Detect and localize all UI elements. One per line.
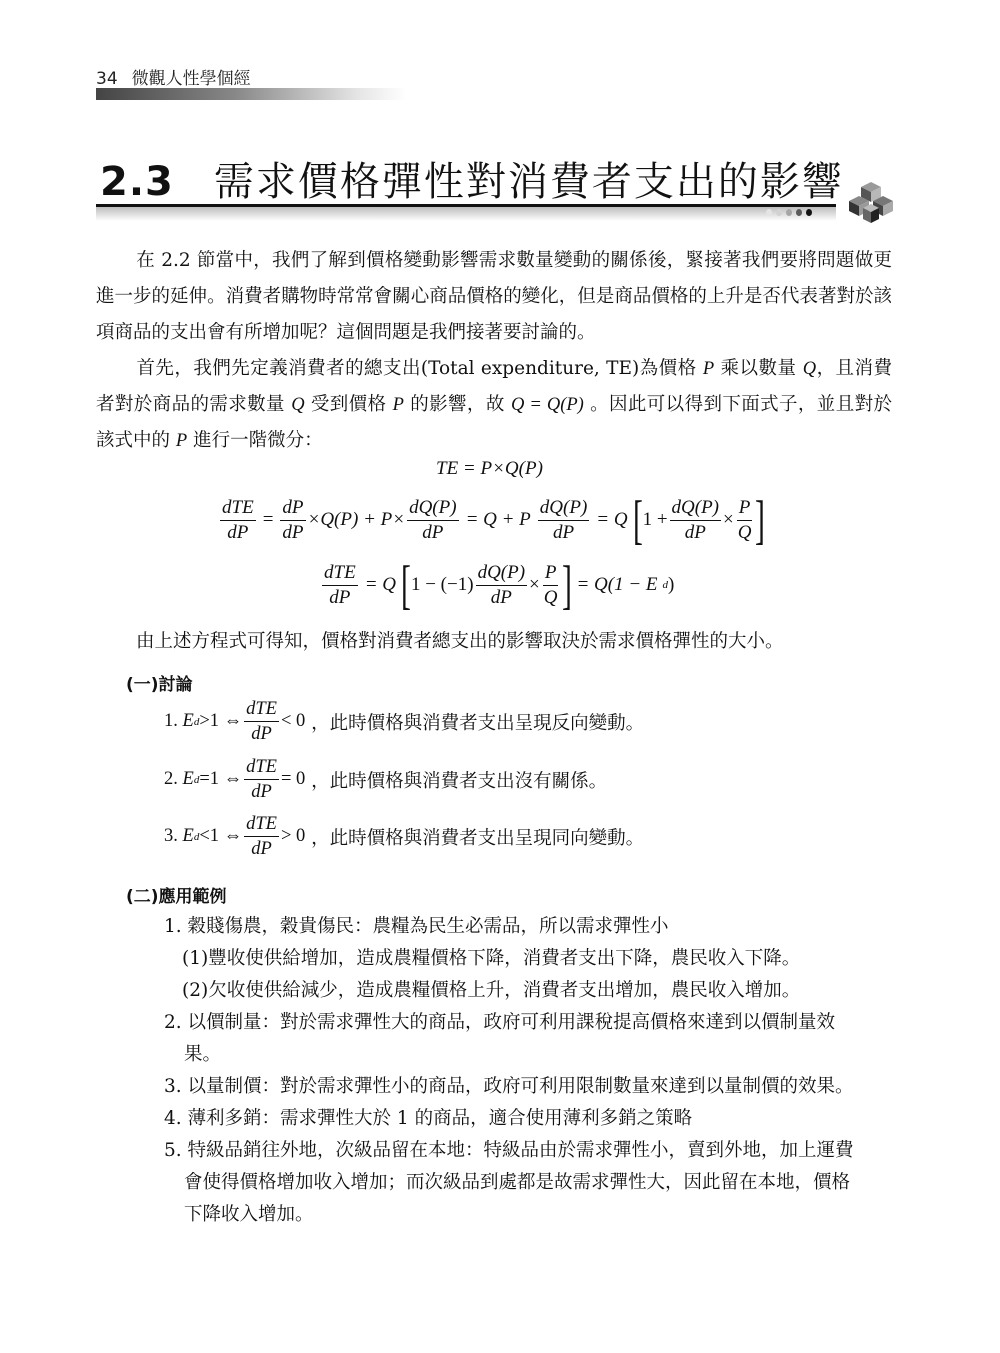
item-text: ，此時價格與消費者支出呈現反向變動。	[311, 709, 644, 735]
fraction: dQ(P)dP	[538, 497, 589, 544]
application-continuation: 果。	[184, 1037, 221, 1073]
item-number: 3.	[164, 826, 178, 847]
dot-icon	[786, 209, 792, 216]
application-subitem: (1)豐收使供給增加，造成農糧價格下降，消費者支出下降，農民收入下降。	[182, 941, 800, 977]
section-title-text: 需求價格彈性對消費者支出的影響	[214, 159, 844, 205]
section-title: 2.3需求價格彈性對消費者支出的影響	[100, 150, 844, 207]
math-inline: Q = Q(P)	[511, 395, 584, 415]
fraction: dTEdP	[244, 813, 279, 860]
term: = Q	[365, 574, 396, 596]
relation: <1 ⇔	[199, 826, 242, 847]
text-run: 乘以數量	[714, 358, 803, 379]
relation: > 0	[281, 826, 305, 847]
intro-paragraph-2: 首先，我們先定義消費者的總支出(Total expenditure, TE)為價…	[96, 351, 892, 459]
discussion-item-1: 1. Ed >1 ⇔ dTEdP < 0 ，此時價格與消費者支出呈現反向變動。	[164, 698, 644, 745]
title-shade	[96, 207, 836, 221]
application-continuation: 下降收入增加。	[184, 1197, 314, 1233]
section-number: 2.3	[100, 159, 174, 205]
page-number: 34	[96, 69, 118, 89]
equation-text: TE = P×Q(P)	[436, 458, 543, 480]
applications-heading: (二)應用範例	[126, 882, 227, 907]
denominator: dP	[327, 586, 352, 609]
header-gradient-bar	[96, 88, 406, 100]
denominator: Q	[736, 521, 754, 544]
numerator: dP	[280, 497, 305, 521]
fraction: dQ(P)dP	[476, 562, 527, 609]
numerator: dTE	[220, 497, 256, 521]
numerator: dTE	[244, 756, 279, 780]
running-head: 34微觀人性學個經	[96, 64, 251, 89]
math-var: Q	[291, 395, 304, 415]
application-item: 3. 以量制價：對於需求彈性小的商品，政府可利用限制數量來達到以量制價的效果。	[164, 1069, 854, 1105]
math-var: Q	[803, 359, 816, 379]
dot-icon	[776, 209, 782, 216]
decorative-dots	[766, 209, 812, 216]
text-run: 進行一階微分：	[187, 430, 322, 451]
dot-icon	[766, 209, 772, 216]
denominator: dP	[225, 521, 250, 544]
operator: ×	[529, 574, 540, 596]
book-title: 微觀人性學個經	[132, 69, 251, 89]
denominator: dP	[420, 521, 445, 544]
term: )	[668, 574, 674, 596]
fraction: dTEdP	[220, 497, 256, 544]
denominator: dP	[280, 521, 305, 544]
denominator: dP	[249, 837, 274, 860]
fraction: dPdP	[280, 497, 305, 544]
term: = Q	[596, 509, 627, 531]
application-item: 1. 穀賤傷農，穀貴傷民：農糧為民生必需品，所以需求彈性小	[164, 909, 669, 945]
text-run: 的影響，故	[404, 394, 511, 415]
dot-icon	[796, 209, 802, 216]
right-bracket: ]	[562, 558, 572, 612]
discussion-heading: (一)討論	[126, 670, 193, 695]
math-var: P	[176, 431, 187, 451]
term: 1 +	[643, 509, 668, 531]
right-bracket: ]	[756, 493, 766, 547]
denominator: dP	[249, 780, 274, 803]
relation: = 0	[281, 769, 305, 790]
fraction: dTEdP	[322, 562, 358, 609]
numerator: dQ(P)	[538, 497, 589, 521]
math-var: P	[703, 359, 714, 379]
conclusion-paragraph: 由上述方程式可得知，價格對消費者總支出的影響取決於需求價格彈性的大小。	[96, 624, 892, 660]
relation: >1 ⇔	[199, 711, 242, 732]
left-bracket: [	[633, 493, 643, 547]
left-bracket: [	[401, 558, 411, 612]
item-number: 1.	[164, 711, 178, 732]
numerator: dTE	[244, 813, 279, 837]
term: 1 − (−1)	[411, 574, 474, 596]
operator: =	[263, 509, 274, 531]
term: = Q(1 − E	[576, 574, 657, 596]
term: ×Q(P) + P×	[308, 509, 406, 531]
fraction: dQ(P)dP	[407, 497, 458, 544]
numerator: dQ(P)	[670, 497, 721, 521]
text-run: 首先，我們先定義消費者的總支出(Total expenditure, TE)為價…	[136, 358, 703, 379]
application-item: 5. 特級品銷往外地，次級品留在本地：特級品由於需求彈性小，賣到外地，加上運費	[164, 1133, 854, 1169]
application-item: 2. 以價制量：對於需求彈性大的商品，政府可利用課稅提高價格來達到以價制量效	[164, 1005, 835, 1041]
text-run: 受到價格	[305, 394, 393, 415]
numerator: dTE	[244, 698, 279, 722]
denominator: dP	[249, 722, 274, 745]
fraction: dTEdP	[244, 756, 279, 803]
dot-icon	[806, 209, 812, 216]
fraction: dQ(P)dP	[670, 497, 721, 544]
discussion-item-2: 2. Ed =1 ⇔ dTEdP = 0 ，此時價格與消費者支出沒有關係。	[164, 756, 607, 803]
equation-2: dTEdP = dPdP ×Q(P) + P× dQ(P)dP = Q + P …	[218, 490, 765, 550]
item-number: 2.	[164, 769, 178, 790]
numerator: dTE	[322, 562, 358, 586]
intro-paragraph-1: 在 2.2 節當中，我們了解到價格變動影響需求數量變動的關係後，緊接著我們要將問…	[96, 243, 892, 351]
paragraph-text: 由上述方程式可得知，價格對消費者總支出的影響取決於需求價格彈性的大小。	[136, 631, 784, 652]
denominator: dP	[683, 521, 708, 544]
item-text: ，此時價格與消費者支出呈現同向變動。	[311, 824, 644, 850]
item-text: ，此時價格與消費者支出沒有關係。	[311, 767, 607, 793]
math-var: P	[393, 395, 404, 415]
application-subitem: (2)欠收使供給減少，造成農糧價格上升，消費者支出增加，農民收入增加。	[182, 973, 800, 1009]
application-item: 4. 薄利多銷：需求彈性大於 1 的商品，適合使用薄利多銷之策略	[164, 1101, 692, 1137]
discussion-item-3: 3. Ed <1 ⇔ dTEdP > 0 ，此時價格與消費者支出呈現同向變動。	[164, 813, 644, 860]
equation-1: TE = P×Q(P)	[436, 458, 543, 480]
math-var: E	[183, 711, 194, 732]
equation-3: dTEdP = Q [ 1 − (−1) dQ(P)dP × PQ ] = Q(…	[320, 555, 674, 615]
math-var: E	[183, 826, 194, 847]
numerator: dQ(P)	[476, 562, 527, 586]
cube-cluster-icon	[845, 182, 897, 224]
denominator: dP	[551, 521, 576, 544]
numerator: dQ(P)	[407, 497, 458, 521]
fraction: PQ	[736, 497, 754, 544]
term: = Q + P	[466, 509, 531, 531]
operator: ×	[723, 509, 734, 531]
numerator: P	[737, 497, 753, 521]
paragraph-text: 在 2.2 節當中，我們了解到價格變動影響需求數量變動的關係後，緊接著我們要將問…	[96, 250, 892, 343]
denominator: Q	[542, 586, 560, 609]
numerator: P	[543, 562, 559, 586]
fraction: dTEdP	[244, 698, 279, 745]
application-continuation: 會使得價格增加收入增加；而次級品到處都是故需求彈性大，因此留在本地，價格	[184, 1165, 850, 1201]
relation: =1 ⇔	[199, 769, 242, 790]
fraction: PQ	[542, 562, 560, 609]
denominator: dP	[489, 586, 514, 609]
relation: < 0	[281, 711, 305, 732]
math-var: E	[183, 769, 194, 790]
